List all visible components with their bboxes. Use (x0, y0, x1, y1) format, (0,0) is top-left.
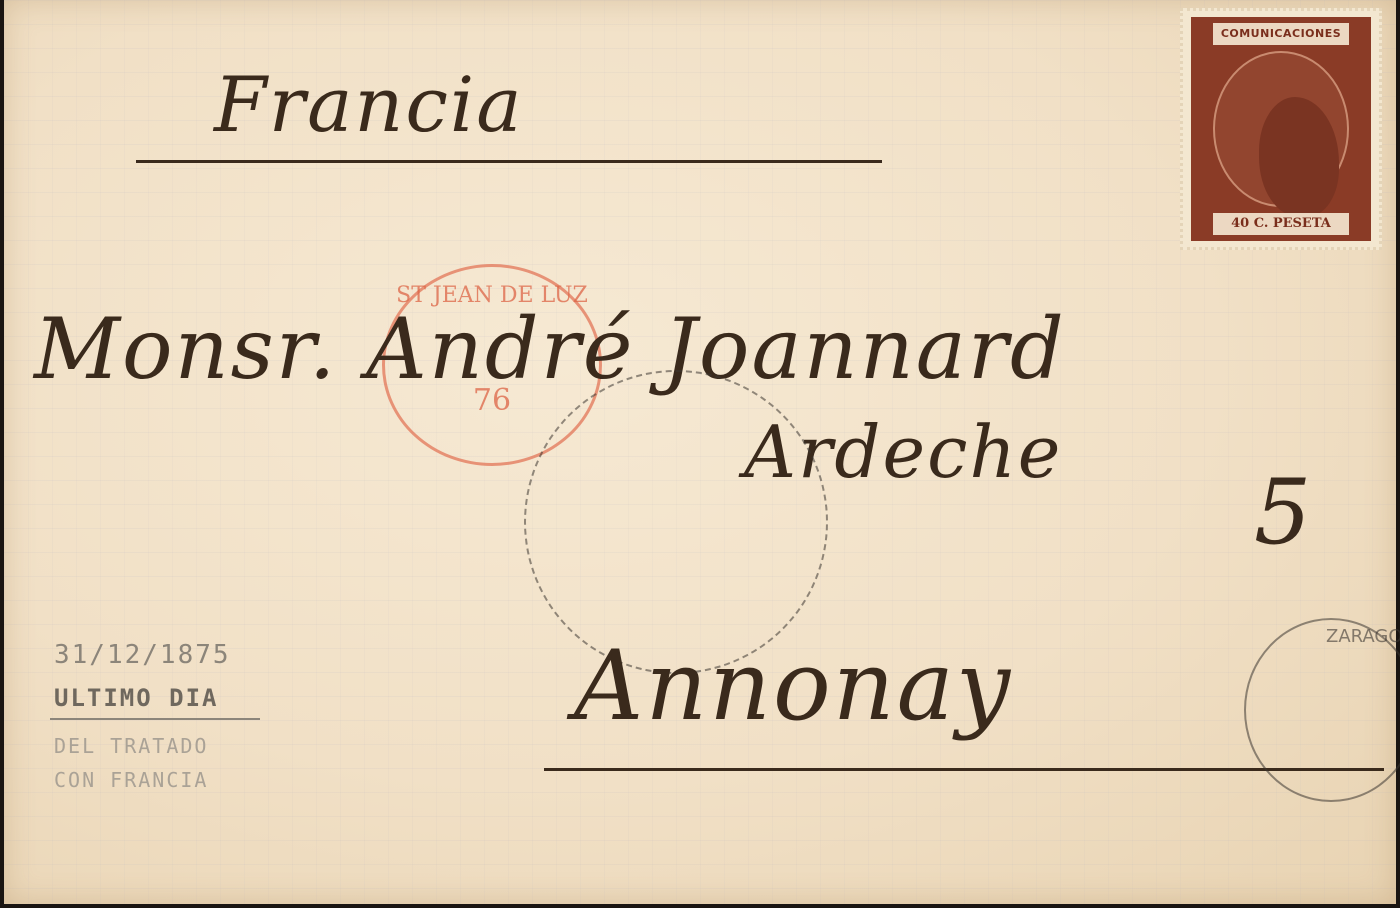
arrival-postmark-town: ZARAGOZA (1326, 626, 1400, 647)
stamp-top-label: COMUNICACIONES (1213, 23, 1349, 45)
marginal-mark: 5 (1254, 460, 1313, 565)
stamp-portrait (1259, 97, 1339, 217)
transit-postmark (524, 370, 828, 674)
stamp-portrait-oval (1213, 51, 1349, 207)
pencil-line-4: CON FRANCIA (54, 768, 208, 792)
destination-heading: Francia (214, 60, 524, 149)
pencil-date: 31/12/1875 (54, 640, 231, 670)
pencil-line-2: ULTIMO DIA (54, 684, 219, 712)
city-underline (544, 768, 1384, 771)
stamp-value-label: 40 C. PESETA (1213, 213, 1349, 235)
destination-city: Annonay (574, 630, 1012, 742)
heading-underline (136, 160, 882, 163)
postage-stamp: COMUNICACIONES 40 C. PESETA (1180, 8, 1382, 250)
pencil-underline (50, 718, 260, 720)
addressee-name: Monsr. André Joannard (34, 300, 1066, 398)
pencil-line-3: DEL TRATADO (54, 734, 208, 758)
postal-cover: Francia COMUNICACIONES 40 C. PESETA ST J… (4, 0, 1396, 904)
